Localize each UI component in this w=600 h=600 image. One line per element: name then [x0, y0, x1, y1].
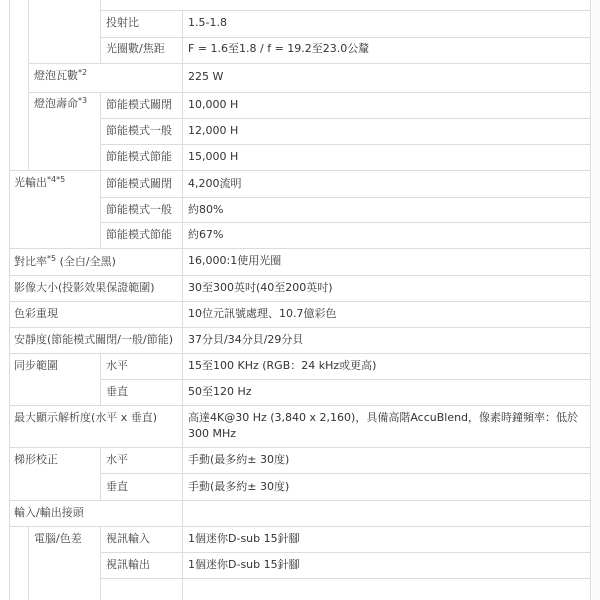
row-value: 30至300英吋(40至200英吋): [188, 280, 333, 296]
indent-border-top: [28, 0, 29, 171]
footnote-mark: *5: [47, 254, 56, 263]
row-border: [9, 405, 590, 406]
row-sublabel: 節能模式一般: [106, 202, 172, 218]
row-value: 4,200流明: [188, 176, 242, 192]
row-value: 16,000:1使用光圈: [188, 253, 281, 269]
row-value: 約67%: [188, 227, 223, 243]
row-label-color: 色彩重現: [14, 306, 58, 322]
col1b-border: [28, 0, 29, 10]
row-value: 10,000 H: [188, 97, 238, 113]
row-label-computer-component: 電腦/色差: [34, 531, 82, 547]
row-value: 手動(最多約± 30度): [188, 479, 289, 495]
row-border: [9, 170, 590, 171]
footnote-mark: *2: [78, 68, 87, 77]
row-border: [9, 526, 590, 527]
row-border: [9, 353, 590, 354]
label-text: 光輸出: [14, 176, 47, 189]
row-label-throw-ratio: 投射比: [106, 15, 139, 31]
row-value: 手動(最多約± 30度): [188, 452, 289, 468]
row-border: [100, 222, 590, 223]
row-label-image-size: 影像大小(投影效果保證範圍): [14, 280, 155, 296]
row-sublabel: 垂直: [106, 384, 128, 400]
row-value: 15,000 H: [188, 149, 238, 165]
row-value: 高達4K@30 Hz (3,840 x 2,160)，具備高階AccuBlend…: [188, 410, 583, 442]
row-sublabel: 節能模式關閉: [106, 97, 172, 113]
row-label-lamp-life: 燈泡壽命*3: [34, 96, 87, 112]
row-border: [100, 10, 590, 11]
row-value: 1個迷你D-sub 15針腳: [188, 557, 300, 573]
row-border: [28, 92, 590, 93]
row-border: [9, 500, 590, 501]
row-border: [100, 552, 590, 553]
row-sublabel: 節能模式節能: [106, 227, 172, 243]
row-border: [100, 37, 590, 38]
row-label-max-resolution: 最大顯示解析度(水平 x 垂直): [14, 410, 157, 426]
row-border: [9, 275, 590, 276]
row-border: [9, 327, 590, 328]
row-sublabel: 水平: [106, 452, 128, 468]
row-label-aperture: 光圈數/焦距: [106, 41, 165, 57]
label-text: 對比率: [14, 255, 47, 268]
row-value-lamp-watt: 225 W: [188, 69, 223, 85]
label-text: 燈泡壽命: [34, 97, 78, 110]
row-value: 12,000 H: [188, 123, 238, 139]
row-border: [9, 248, 590, 249]
row-border: [100, 144, 590, 145]
row-border: [9, 447, 590, 448]
row-value-aperture: F = 1.6至1.8 / f = 19.2至23.0公釐: [188, 41, 369, 57]
row-border: [9, 301, 590, 302]
row-sublabel: 節能模式一般: [106, 123, 172, 139]
row-value: 10位元訊號處理、10.7億彩色: [188, 306, 337, 322]
row-border: [100, 473, 590, 474]
row-sublabel: 水平: [106, 358, 128, 374]
col2-border: [100, 526, 101, 600]
row-sublabel: 節能模式關閉: [106, 176, 172, 192]
row-sublabel: 視訊輸入: [106, 531, 150, 547]
row-value: 約80%: [188, 202, 223, 218]
row-border: [100, 197, 590, 198]
row-sublabel: 節能模式節能: [106, 149, 172, 165]
row-border: [28, 63, 590, 64]
page-margin: [592, 0, 600, 600]
row-label-noise: 安靜度(節能模式關閉/一般/節能): [14, 332, 173, 348]
row-sublabel: 視訊輸出: [106, 557, 150, 573]
row-label-contrast: 對比率*5 (全白/全黑): [14, 254, 116, 270]
row-value: 15至100 KHz (RGB：24 kHz或更高): [188, 358, 376, 374]
row-label-light-output: 光輸出*4*5: [14, 175, 65, 191]
row-label-lamp-watt: 燈泡瓦數*2: [34, 68, 87, 84]
row-border: [100, 118, 590, 119]
label-suffix: (全白/全黑): [56, 255, 116, 268]
row-value: 37分貝/34分貝/29分貝: [188, 332, 303, 348]
table-right-border: [590, 0, 591, 600]
row-sublabel: 垂直: [106, 479, 128, 495]
value-col-border: [182, 10, 183, 600]
row-value: 50至120 Hz: [188, 384, 252, 400]
row-label-io-connectors: 輸入/輸出接頭: [14, 505, 84, 521]
row-border: [100, 578, 590, 579]
table-left-border: [9, 0, 10, 600]
indent-border-bottom: [28, 526, 29, 600]
label-text: 燈泡瓦數: [34, 69, 78, 82]
row-value-throw-ratio: 1.5-1.8: [188, 15, 227, 31]
row-label-sync: 同步範圍: [14, 358, 58, 374]
row-label-keystone: 梯形校正: [14, 452, 58, 468]
row-border: [100, 379, 590, 380]
footnote-mark: *3: [78, 96, 87, 105]
footnote-mark: *4*5: [47, 175, 65, 184]
row-value: 1個迷你D-sub 15針腳: [188, 531, 300, 547]
